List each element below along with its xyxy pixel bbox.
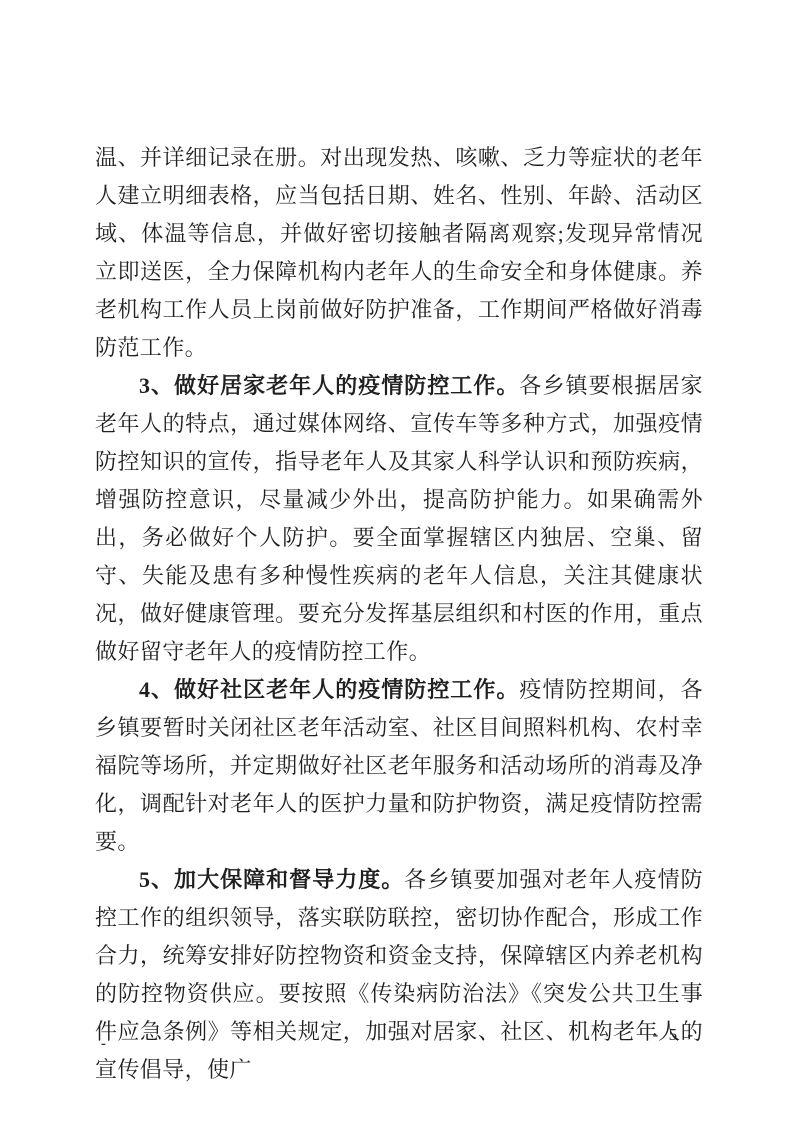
paragraph-item-3: 3、做好居家老年人的疫情防控工作。各乡镇要根据居家老年人的特点，通过媒体网络、宣… xyxy=(95,367,703,671)
paragraph-text: 各乡镇要根据居家老年人的特点，通过媒体网络、宣传车等多种方式，加强疫情防控知识的… xyxy=(95,373,703,664)
page-number: - 5 - xyxy=(653,1025,696,1045)
paragraph-item-5: 5、加大保障和督导力度。各乡镇要加强对老年人疫情防控工作的组织领导，落实联防联控… xyxy=(95,861,703,1089)
paragraph-item-4: 4、做好社区老年人的疫情防控工作。疫情防控期间，各乡镇要暂时关闭社区老年活动室、… xyxy=(95,671,703,861)
paragraph-lead: 3、做好居家老年人的疫情防控工作。 xyxy=(139,373,519,398)
paragraph-text: 温、并详细记录在册。对出现发热、咳嗽、乏力等症状的老年人建立明细表格，应当包括日… xyxy=(95,145,703,360)
document-page: 温、并详细记录在册。对出现发热、咳嗽、乏力等症状的老年人建立明细表格，应当包括日… xyxy=(0,0,793,1122)
paragraph-text: 各乡镇要加强对老年人疫情防控工作的组织领导，落实联防联控，密切协作配合，形成工作… xyxy=(95,867,703,1082)
paragraph-lead: 4、做好社区老年人的疫情防控工作。 xyxy=(139,677,519,702)
scan-artifact-mark: - xyxy=(101,1037,106,1052)
document-body: 温、并详细记录在册。对出现发热、咳嗽、乏力等症状的老年人建立明细表格，应当包括日… xyxy=(95,139,703,1089)
paragraph-text: 疫情防控期间，各乡镇要暂时关闭社区老年活动室、社区目间照料机构、农村幸福院等场所… xyxy=(95,677,703,854)
paragraph-continued: 温、并详细记录在册。对出现发热、咳嗽、乏力等症状的老年人建立明细表格，应当包括日… xyxy=(95,139,703,367)
paragraph-lead: 5、加大保障和督导力度。 xyxy=(139,867,404,892)
